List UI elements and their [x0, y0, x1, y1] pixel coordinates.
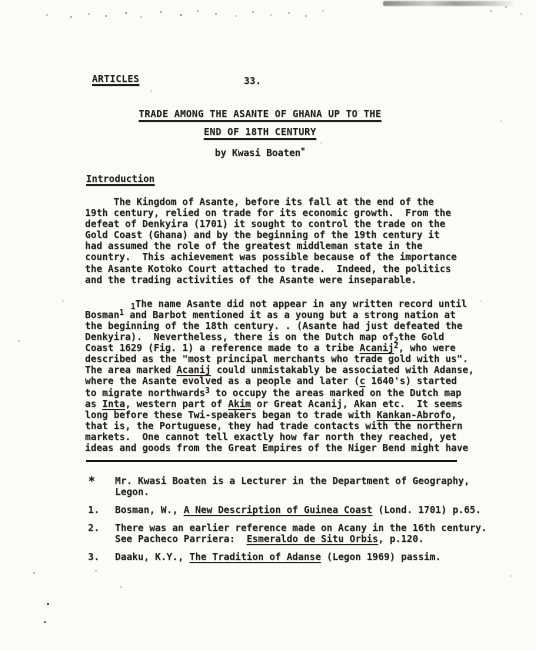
text-line: where the Asante evolved as a people and… [85, 376, 485, 387]
text-segment: as [85, 399, 102, 410]
text-segment: See Pacheco Parriera: [115, 534, 247, 545]
body-paragraphs: The Kingdom of Asante, before its fall a… [85, 197, 485, 454]
text-segment: Denkyira). Nevertheless, there is on the… [85, 332, 394, 343]
text-segment: Coast 1629 (Fig. 1) a reference made to … [85, 343, 360, 354]
footnote-text: Daaku, K.Y., The Tradition of Adanse (Le… [115, 552, 488, 563]
text-line: country. This achievement was possible b… [85, 252, 485, 263]
text-segment: (Lond. 1701) p.65. [372, 505, 481, 516]
text-line: markets. One cannot tell exactly how far… [85, 432, 485, 443]
text-line: the Asante Kotoko Court attached to trad… [85, 264, 485, 275]
text-segment: , western part of [125, 399, 228, 410]
text-segment: , who were [398, 343, 455, 354]
text-segment: The Kingdom of Asante, before its fall a… [85, 197, 434, 208]
scan-smudge-top-right [383, 1, 513, 6]
text-segment: (Legon 1969) passim. [321, 552, 441, 563]
footnote: 3.Daaku, K.Y., The Tradition of Adanse (… [88, 552, 488, 563]
page-number: 33. [0, 76, 505, 87]
text-line: Bosman1 and Barbot mentioned it as a you… [85, 310, 485, 321]
scan-noise-speckles [0, 0, 2, 2]
text-segment: , [451, 410, 457, 421]
text-segment: A New Description of Guinea Coast [184, 505, 373, 516]
text-segment: Gold Coast (Ghana) and by the beginning … [85, 230, 440, 241]
text-segment: 1 [119, 308, 124, 317]
footnote-text: Bosman, W., A New Description of Guinea … [115, 505, 488, 516]
text-segment: 1 [131, 302, 136, 311]
text-segment: or Great Acanij, Akan etc. It seems [251, 399, 463, 410]
footnote-marker: 2. [88, 523, 115, 534]
text-line: The area marked Acanij could unmistakabl… [85, 365, 485, 376]
text-line: had assumed the role of the greatest mid… [85, 241, 485, 252]
paragraph: 1The name Asante did not appear in any w… [85, 299, 485, 454]
text-line: ideas and goods from the Great Empires o… [85, 443, 485, 454]
text-segment: The area marked [85, 365, 177, 376]
text-segment: had assumed the role of the greatest mid… [85, 241, 422, 252]
scanned-page: ARTICLES 33. TRADE AMONG THE ASANTE OF G… [0, 0, 536, 650]
text-segment: The Tradition of Adanse [189, 552, 321, 563]
text-line: 19th century, relied on trade for its ec… [85, 208, 485, 219]
text-segment: 1640's) started [365, 376, 457, 387]
text-line: as Inta, western part of Akim or Great A… [85, 399, 485, 410]
text-line: to migrate northwards3 to occupy the are… [85, 388, 485, 399]
title-line-1: TRADE AMONG THE ASANTE OF GHANA UP TO TH… [0, 109, 520, 121]
text-segment: Daaku, K.Y., [115, 552, 189, 563]
text-segment: to occupy the areas marked on the Dutch … [210, 388, 462, 399]
byline: by Kwasi Boaten* [0, 148, 520, 160]
text-segment: defeat of Denkyira (1701) it sought to c… [85, 219, 445, 230]
footnote: *Mr. Kwasi Boaten is a Lecturer in the D… [88, 476, 488, 498]
text-segment: Legon. [115, 487, 149, 498]
text-segment: could unmistakably be associated with Ad… [211, 365, 474, 376]
footnote: 2.There was an earlier reference made on… [88, 523, 488, 545]
section-heading-introduction: Introduction [86, 174, 155, 185]
text-segment: ideas and goods from the Great Empires o… [85, 443, 468, 454]
text-segment: 2 [394, 341, 399, 350]
text-line: Denkyira). Nevertheless, there is on the… [85, 332, 485, 343]
text-line: Legon. [115, 487, 488, 498]
text-segment: where the Asante evolved as a people and… [85, 376, 360, 387]
text-line: and the trading activities of the Asante… [85, 275, 485, 286]
text-segment: to migrate northwards [85, 388, 205, 399]
footnote-separator [86, 460, 457, 462]
text-line: the beginning of the 18th century. . (As… [85, 321, 485, 332]
text-segment: Esmeraldo de Situ Orbis [247, 534, 379, 545]
text-line: that is, the Portuguese, they had trade … [85, 421, 485, 432]
text-segment: country. This achievement was possible b… [85, 252, 457, 263]
text-line: The Kingdom of Asante, before its fall a… [85, 197, 485, 208]
text-line: Bosman, W., A New Description of Guinea … [115, 505, 488, 516]
text-segment: Bosman, W., [115, 505, 184, 516]
text-segment: and the trading activities of the Asante… [85, 275, 417, 286]
text-segment: Acanij [360, 343, 394, 354]
text-line: long before these Twi-speakers began to … [85, 410, 485, 421]
footnote: 1.Bosman, W., A New Description of Guine… [88, 505, 488, 516]
text-segment: Acanij [177, 365, 211, 376]
text-segment: described as the "most principal merchan… [85, 354, 468, 365]
text-line: Daaku, K.Y., The Tradition of Adanse (Le… [115, 552, 488, 563]
text-line: Mr. Kwasi Boaten is a Lecturer in the De… [115, 476, 488, 487]
text-line: 1The name Asante did not appear in any w… [85, 299, 485, 310]
footnote-marker: * [88, 476, 115, 486]
text-segment: the Asante Kotoko Court attached to trad… [85, 264, 451, 275]
text-line: Gold Coast (Ghana) and by the beginning … [85, 230, 485, 241]
text-segment: There was an earlier reference made on A… [115, 523, 487, 534]
text-segment: the beginning of the 18th century. . (As… [85, 321, 463, 332]
text-segment: markets. One cannot tell exactly how far… [85, 432, 457, 443]
text-segment: 3 [205, 386, 210, 395]
text-segment: , p.120. [378, 534, 424, 545]
text-segment: Akim [228, 399, 251, 410]
footnote-text: There was an earlier reference made on A… [115, 523, 488, 545]
text-segment: Inta [102, 399, 125, 410]
text-line: See Pacheco Parriera: Esmeraldo de Situ … [115, 534, 488, 545]
text-segment: The name Asante did not appear in any wr… [135, 299, 467, 310]
text-line: Coast 1629 (Fig. 1) a reference made to … [85, 343, 485, 354]
text-segment: that is, the Portuguese, they had trade … [85, 421, 463, 432]
title-line-2: END OF 18TH CENTURY [0, 127, 520, 139]
text-segment: Mr. Kwasi Boaten is a Lecturer in the De… [115, 476, 470, 487]
text-segment: long before these Twi-speakers began to … [85, 410, 377, 421]
text-segment: and Barbot mentioned it as a young but a… [124, 310, 456, 321]
footnote-marker: 1. [88, 505, 115, 516]
title-block: TRADE AMONG THE ASANTE OF GHANA UP TO TH… [0, 109, 520, 160]
text-line: defeat of Denkyira (1701) it sought to c… [85, 219, 485, 230]
footnotes: *Mr. Kwasi Boaten is a Lecturer in the D… [88, 476, 488, 564]
text-line: There was an earlier reference made on A… [115, 523, 488, 534]
text-segment: * [301, 146, 306, 155]
text-segment: Bosman [85, 310, 119, 321]
paragraph: The Kingdom of Asante, before its fall a… [85, 197, 485, 286]
text-line: described as the "most principal merchan… [85, 354, 485, 365]
footnote-marker: 3. [88, 552, 115, 563]
text-segment: 19th century, relied on trade for its ec… [85, 208, 451, 219]
text-segment: Kankan-Abrofo [377, 410, 451, 421]
text-segment: by Kwasi Boaten [215, 148, 301, 159]
footnote-text: Mr. Kwasi Boaten is a Lecturer in the De… [115, 476, 488, 498]
text-segment: the Gold [398, 332, 444, 343]
